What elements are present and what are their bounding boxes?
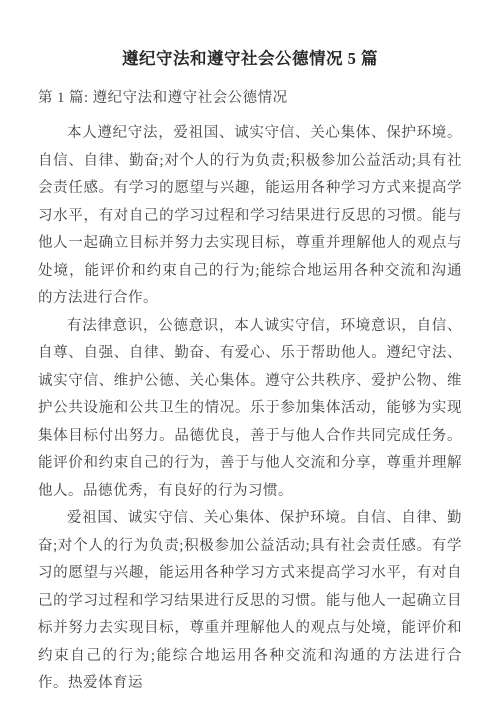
section-heading: 第 1 篇: 遵纪守法和遵守社会公德情况 [38, 87, 462, 109]
paragraph-3: 爱祖国、诚实守信、关心集体、保护环境。自信、自律、勤奋;对个人的行为负责;积极参… [38, 505, 462, 698]
document-body: 本人遵纪守法，爱祖国、诚实守信、关心集体、保护环境。自信、自律、勤奋;对个人的行… [38, 120, 462, 698]
paragraph-1: 本人遵纪守法，爱祖国、诚实守信、关心集体、保护环境。自信、自律、勤奋;对个人的行… [38, 120, 462, 313]
document-page: 遵纪守法和遵守社会公德情况 5 篇 第 1 篇: 遵纪守法和遵守社会公德情况 本… [0, 0, 500, 707]
paragraph-2: 有法律意识，公德意识，本人诚实守信，环境意识，自信、自尊、自强、自律、勤奋、有爱… [38, 313, 462, 506]
document-title: 遵纪守法和遵守社会公德情况 5 篇 [38, 47, 462, 71]
